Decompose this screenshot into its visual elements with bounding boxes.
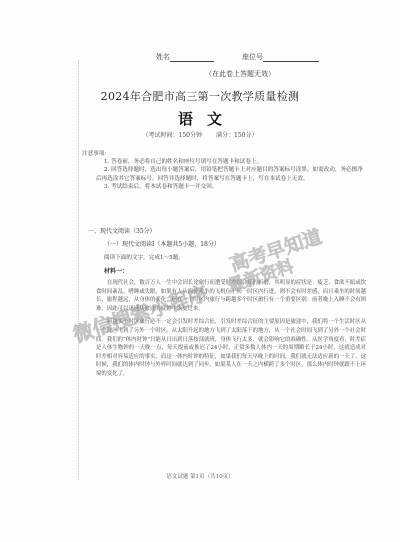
material-label: 材料一： [104,266,128,275]
notes-heading: 注意事项： [82,150,368,158]
exam-info: （考试时间：150分钟满分：150分） [0,130,400,139]
seat-label: 座位号 [242,52,263,62]
candidate-info-row: 姓名 座位号 [156,52,319,62]
seat-blank [263,54,319,62]
exam-title: 2024年合肥市高三第一次教学质量检测 [0,88,400,104]
reading-instruction: 阅读下面的文字，完成1～5题。 [104,253,184,261]
note-item: 2. 回答选择题时，选出每小题答案后，用铅笔把答题卡上对应题目的答案标号涂黑。如… [96,166,368,182]
exam-page: 姓名 座位号 （在此卷上答题无效） 2024年合肥市高三第一次教学质量检测 语文… [0,0,400,542]
full-score: 满分：150分） [216,132,257,139]
part-heading: 一、现代文阅读（35分） [88,226,156,235]
name-blank [170,54,214,62]
note-item: 1. 答卷前，务必将自己的姓名和座位号填写在答题卡和试卷上。 [96,158,368,166]
seat-field: 座位号 [242,52,319,62]
exam-time: （考试时间：150分钟 [143,132,202,139]
subsection-heading: （一）现代文阅读Ⅰ（本题共5小题，18分） [104,239,220,248]
subject-title: 语文 [0,108,400,129]
exam-notes: 注意事项： 1. 答卷前，务必将自己的姓名和座位号填写在答题卡和试卷上。 2. … [96,150,368,191]
page-footer: 语文试题 第1页（共10页） [0,472,400,480]
name-field: 姓名 [156,52,214,62]
name-label: 姓名 [156,52,170,62]
invalid-answer-notice: （在此卷上答题无效） [205,69,275,79]
note-item: 3. 考试结束后，将本试卷和答题卡一并交回。 [96,183,368,191]
